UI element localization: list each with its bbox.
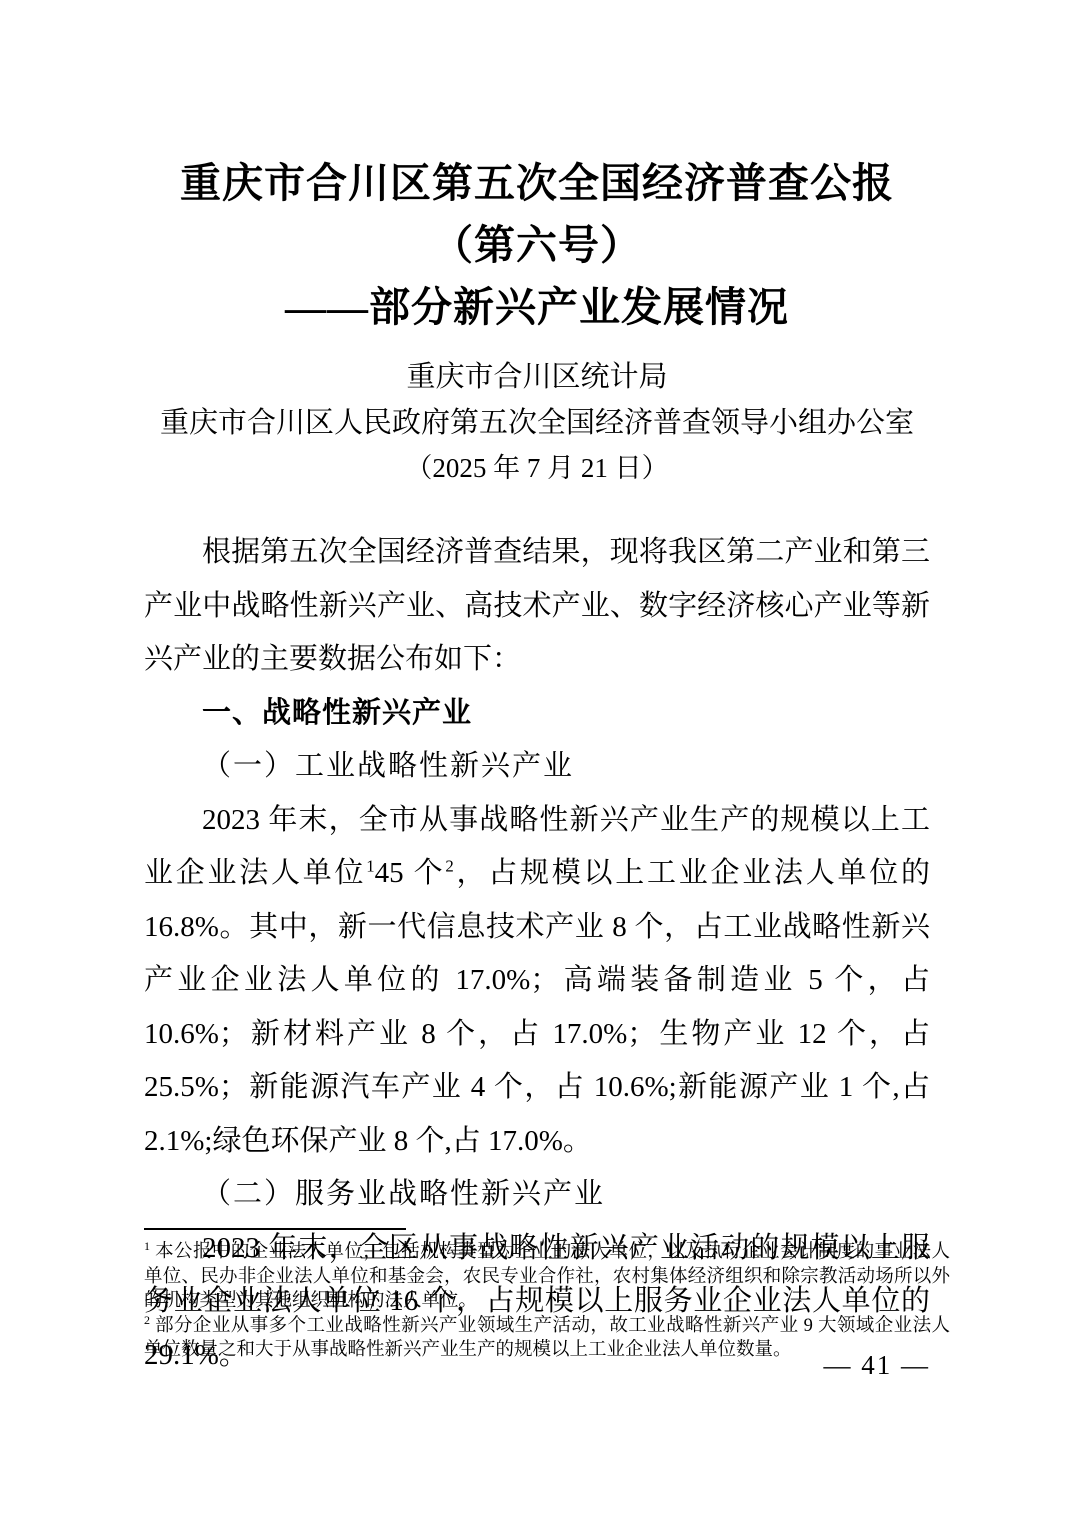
- subsection-1-2-heading: （二）服务业战略性新兴产业: [144, 1168, 930, 1222]
- document-page: 重庆市合川区第五次全国经济普查公报（第六号） ——部分新兴产业发展情况 重庆市合…: [0, 0, 1074, 1520]
- footnote-1-text: 本公报中的企业法人单位，包括机构类型为企业的法人单位，以及执行企业会计制度的事业…: [144, 1242, 950, 1311]
- industrial-paragraph-segment-2: 45 个: [375, 857, 446, 889]
- footnote-2-reference: 2: [445, 856, 453, 875]
- intro-paragraph: 根据第五次全国经济普查结果，现将我区第二产业和第三产业中战略性新兴产业、高技术产…: [144, 526, 930, 687]
- byline-block: 重庆市合川区统计局 重庆市合川区人民政府第五次全国经济普查领导小组办公室 （20…: [144, 354, 930, 490]
- industrial-strategic-paragraph: 2023 年末，全市从事战略性新兴产业生产的规模以上工业企业法人单位145 个2…: [144, 794, 930, 1169]
- page-number: — 41 —: [824, 1350, 931, 1381]
- footnote-separator: [144, 1228, 406, 1230]
- footnote-1-marker: 1: [144, 1239, 150, 1253]
- industrial-paragraph-segment-3: ，占规模以上工业企业法人单位的 16.8%。其中，新一代信息技术产业 8 个，占…: [144, 857, 930, 1157]
- issuing-agency-2: 重庆市合川区人民政府第五次全国经济普查领导小组办公室: [144, 400, 930, 446]
- title-line-2: ——部分新兴产业发展情况: [285, 284, 789, 330]
- subsection-1-1-heading: （一）工业战略性新兴产业: [144, 740, 930, 794]
- title-line-1: 重庆市合川区第五次全国经济普查公报（第六号）: [180, 160, 894, 268]
- footnote-1: 1 本公报中的企业法人单位，包括机构类型为企业的法人单位，以及执行企业会计制度的…: [144, 1240, 950, 1314]
- footnote-1-reference: 1: [366, 856, 374, 875]
- publication-date: （2025 年 7 月 21 日）: [144, 446, 930, 490]
- footnote-2-marker: 2: [144, 1312, 150, 1326]
- footnotes-section: 1 本公报中的企业法人单位，包括机构类型为企业的法人单位，以及执行企业会计制度的…: [144, 1228, 950, 1363]
- document-title: 重庆市合川区第五次全国经济普查公报（第六号） ——部分新兴产业发展情况: [144, 152, 930, 338]
- issuing-agency-1: 重庆市合川区统计局: [144, 354, 930, 400]
- section-1-heading: 一、战略性新兴产业: [144, 687, 930, 741]
